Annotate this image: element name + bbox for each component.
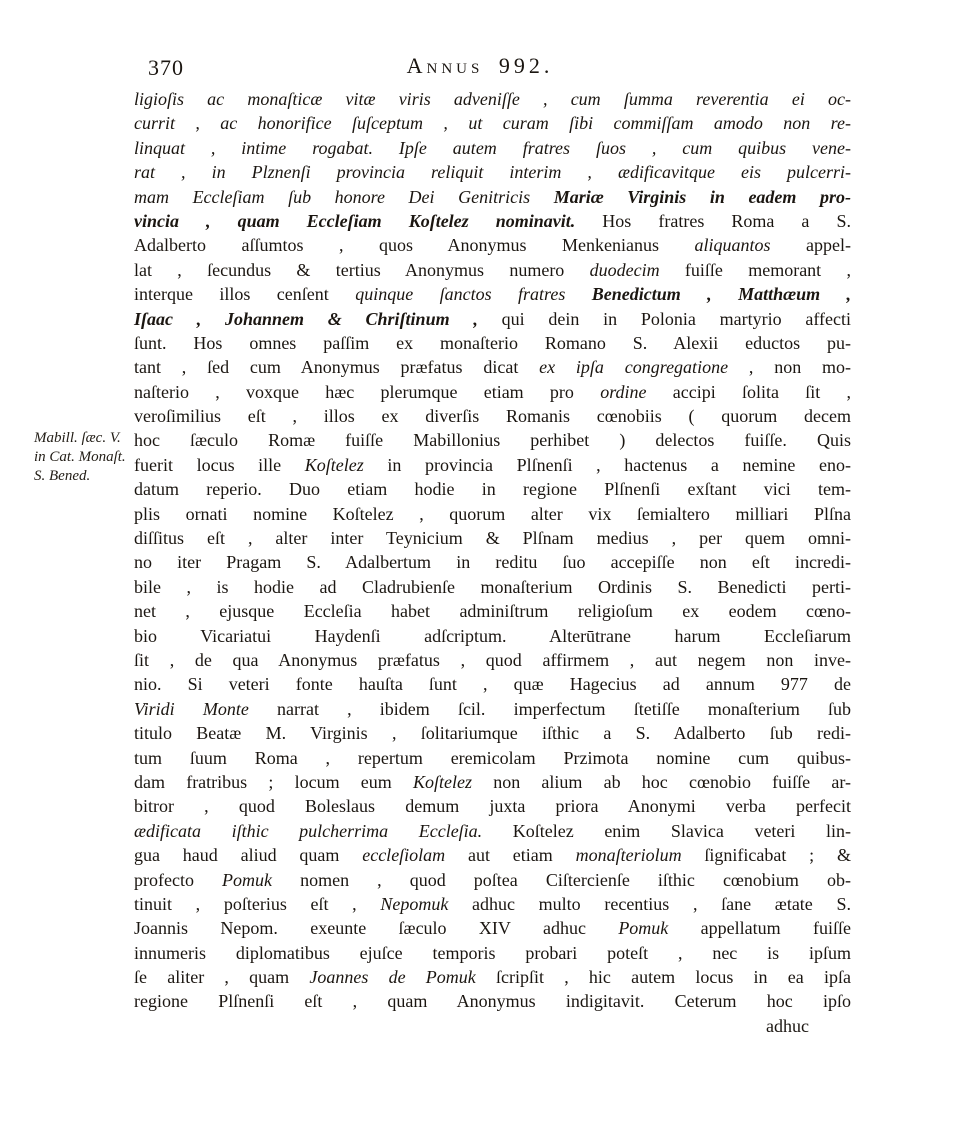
text-line: innumeris diplomatibus ejuſce temporis p… — [134, 941, 851, 965]
text-segment: currit , ac honorifice ſuſceptum , ut cu… — [134, 113, 851, 133]
text-line: gua haud aliud quam eccleſiolam aut etia… — [134, 843, 851, 867]
margin-note-line: in Cat. Monaſt. — [34, 448, 144, 467]
text-segment: tinuit , poſterius eſt , — [134, 894, 380, 914]
margin-note: Mabill. ſæc. V.in Cat. Monaſt.S. Bened. — [34, 429, 144, 486]
text-segment: bio Vicariatui Haydenſi adſcriptum. Alte… — [134, 626, 851, 646]
text-line: ligioſis ac monaſticæ vitæ viris adveniſ… — [134, 87, 851, 111]
text-segment: datum reperio. Duo etiam hodie in region… — [134, 479, 851, 499]
text-segment: ex ipſa congregatione — [539, 357, 728, 377]
text-segment: narrat , ibidem ſcil. imperfectum ſtetiſ… — [249, 699, 851, 719]
text-segment: ſe aliter , quam — [134, 967, 309, 987]
text-segment: vincia , quam Eccleſiam Koſtelez nominav… — [134, 211, 575, 231]
text-segment: ordine — [600, 382, 646, 402]
text-line: currit , ac honorifice ſuſceptum , ut cu… — [134, 111, 851, 135]
text-line: regione Plſnenſi eſt , quam Anonymus ind… — [134, 989, 851, 1013]
text-segment: diſſitus eſt , alter inter Teynicium & P… — [134, 528, 851, 548]
text-segment: net , ejusque Eccleſia habet adminiſtrum… — [134, 601, 851, 621]
text-segment: Viridi Monte — [134, 699, 249, 719]
text-segment: adhuc multo recentius , ſane ætate S. — [448, 894, 851, 914]
text-segment: rat , in Plznenſi provincia reliquit int… — [134, 162, 851, 182]
text-segment: tant , ſed cum Anonymus præfatus dicat — [134, 357, 539, 377]
text-line: ſunt. Hos omnes paſſim ex monaſterio Rom… — [134, 331, 851, 355]
text-segment: dam fratribus ; locum eum — [134, 772, 413, 792]
text-segment: naſterio , voxque hæc plerumque etiam pr… — [134, 382, 600, 402]
text-line: tant , ſed cum Anonymus præfatus dicat e… — [134, 355, 851, 379]
text-segment: lat , ſecundus & tertius Anonymus numero — [134, 260, 590, 280]
text-line: lat , ſecundus & tertius Anonymus numero… — [134, 258, 851, 282]
text-segment: interque illos cenſent — [134, 284, 355, 304]
text-segment: qui dein in Polonia martyrio affecti — [478, 309, 851, 329]
text-segment: ſcripſit , hic autem locus in ea ipſa — [476, 967, 851, 987]
text-segment: accipi ſolita ſit , — [647, 382, 851, 402]
text-segment: nomen , quod poſtea Ciſtercienſe iſthic … — [272, 870, 851, 890]
text-segment: titulo Beatæ M. Virginis , ſolitariumque… — [134, 723, 851, 743]
text-segment: Mariæ Virginis in eadem pro- — [554, 187, 851, 207]
text-segment: in provincia Plſnenſi , hactenus a nemin… — [364, 455, 851, 475]
text-line: Joannis Nepom. exeunte ſæculo XIV adhuc … — [134, 916, 851, 940]
book-page: 370 Annus 992. Mabill. ſæc. V.in Cat. Mo… — [0, 0, 960, 1125]
text-line: fuerit locus ille Koſtelez in provincia … — [134, 453, 851, 477]
text-line: bitror , quod Boleslaus demum juxta prio… — [134, 794, 851, 818]
text-line: vincia , quam Eccleſiam Koſtelez nominav… — [134, 209, 851, 233]
text-line: titulo Beatæ M. Virginis , ſolitariumque… — [134, 721, 851, 745]
text-line: Iſaac , Johannem & Chriſtinum , qui dein… — [134, 307, 851, 331]
text-line: ſe aliter , quam Joannes de Pomuk ſcripſ… — [134, 965, 851, 989]
text-line: net , ejusque Eccleſia habet adminiſtrum… — [134, 599, 851, 623]
catchword: adhuc — [766, 1016, 809, 1036]
text-segment: no iter Pragam S. Adalbertum in reditu ſ… — [134, 552, 851, 572]
text-line: mam Eccleſiam ſub honore Dei Genitricis … — [134, 185, 851, 209]
text-segment: monaſteriolum — [576, 845, 682, 865]
text-segment: eccleſiolam — [362, 845, 445, 865]
text-segment: Joannis Nepom. exeunte ſæculo XIV adhuc — [134, 918, 618, 938]
text-segment: Pomuk — [222, 870, 272, 890]
text-segment: Koſtelez — [413, 772, 472, 792]
text-line: Adalberto aſſumtos , quos Anonymus Menke… — [134, 233, 851, 257]
text-line: hoc ſæculo Romæ fuiſſe Mabillonius perhi… — [134, 428, 851, 452]
text-segment: Iſaac , Johannem & Chriſtinum , — [134, 309, 478, 329]
text-line: plis ornati nomine Koſtelez , quorum alt… — [134, 502, 851, 526]
text-segment: duodecim — [590, 260, 660, 280]
text-segment: hoc ſæculo Romæ fuiſſe Mabillonius perhi… — [134, 430, 851, 450]
text-line: linquat , intime rogabat. Ipſe autem fra… — [134, 136, 851, 160]
text-line: ædificata iſthic pulcherrima Eccleſia. K… — [134, 819, 851, 843]
text-segment: fuerit locus ille — [134, 455, 305, 475]
text-segment: Koſtelez — [305, 455, 364, 475]
text-segment: bile , is hodie ad Cladrubienſe monaſter… — [134, 577, 851, 597]
text-segment: appel- — [771, 235, 851, 255]
text-segment: bitror , quod Boleslaus demum juxta prio… — [134, 796, 851, 816]
text-segment: Hos fratres Roma a S. — [575, 211, 851, 231]
text-segment: Nepomuk — [380, 894, 448, 914]
text-segment: Koſtelez enim Slavica veteri lin- — [482, 821, 851, 841]
text-line: bile , is hodie ad Cladrubienſe monaſter… — [134, 575, 851, 599]
text-segment: aliquantos — [695, 235, 771, 255]
text-line: nio. Si veteri fonte hauſta ſunt , quæ H… — [134, 672, 851, 696]
text-segment: Pomuk — [618, 918, 668, 938]
text-segment: ſit , de qua Anonymus præfatus , quod af… — [134, 650, 851, 670]
text-segment: ſunt. Hos omnes paſſim ex monaſterio Rom… — [134, 333, 851, 353]
margin-note-line: S. Bened. — [34, 467, 144, 486]
text-segment: Joannes de Pomuk — [309, 967, 475, 987]
text-segment: regione Plſnenſi eſt , quam Anonymus ind… — [134, 991, 851, 1011]
text-segment: Benedictum , Matthæum , — [592, 284, 851, 304]
text-block: ligioſis ac monaſticæ vitæ viris adveniſ… — [134, 87, 851, 1038]
running-header: Annus 992. — [0, 53, 960, 79]
text-line: naſterio , voxque hæc plerumque etiam pr… — [134, 380, 851, 404]
text-segment: veroſimilius eſt , illos ex diverſis Rom… — [134, 406, 851, 426]
text-line: bio Vicariatui Haydenſi adſcriptum. Alte… — [134, 624, 851, 648]
text-line: veroſimilius eſt , illos ex diverſis Rom… — [134, 404, 851, 428]
text-segment: ædificata iſthic pulcherrima Eccleſia. — [134, 821, 482, 841]
text-segment: aut etiam — [445, 845, 575, 865]
text-line: profecto Pomuk nomen , quod poſtea Ciſte… — [134, 868, 851, 892]
text-segment: plis ornati nomine Koſtelez , quorum alt… — [134, 504, 851, 524]
text-segment: tum ſuum Roma , repertum eremicolam Przi… — [134, 748, 851, 768]
text-line: rat , in Plznenſi provincia reliquit int… — [134, 160, 851, 184]
text-segment: innumeris diplomatibus ejuſce temporis p… — [134, 943, 851, 963]
text-segment: nio. Si veteri fonte hauſta ſunt , quæ H… — [134, 674, 851, 694]
text-line: no iter Pragam S. Adalbertum in reditu ſ… — [134, 550, 851, 574]
text-segment: appellatum fuiſſe — [668, 918, 851, 938]
text-line: ſit , de qua Anonymus præfatus , quod af… — [134, 648, 851, 672]
margin-note-line: Mabill. ſæc. V. — [34, 429, 144, 448]
text-segment: linquat , intime rogabat. Ipſe autem fra… — [134, 138, 851, 158]
text-segment: ſignificabat ; & — [682, 845, 851, 865]
text-line: interque illos cenſent quinque ſanctos f… — [134, 282, 851, 306]
text-line: datum reperio. Duo etiam hodie in region… — [134, 477, 851, 501]
text-segment: gua haud aliud quam — [134, 845, 362, 865]
text-segment: fuiſſe memorant , — [660, 260, 851, 280]
text-line: dam fratribus ; locum eum Koſtelez non a… — [134, 770, 851, 794]
text-line: tinuit , poſterius eſt , Nepomuk adhuc m… — [134, 892, 851, 916]
text-segment: mam Eccleſiam ſub honore Dei Genitricis — [134, 187, 554, 207]
text-segment: profecto — [134, 870, 222, 890]
text-segment: , non mo- — [728, 357, 851, 377]
text-segment: non alium ab hoc cœnobio fuiſſe ar- — [472, 772, 851, 792]
text-segment: Adalberto aſſumtos , quos Anonymus Menke… — [134, 235, 695, 255]
text-line: Viridi Monte narrat , ibidem ſcil. imper… — [134, 697, 851, 721]
text-segment: quinque ſanctos fratres — [355, 284, 592, 304]
text-segment: ligioſis ac monaſticæ vitæ viris adveniſ… — [134, 89, 851, 109]
text-line: tum ſuum Roma , repertum eremicolam Przi… — [134, 746, 851, 770]
text-line: diſſitus eſt , alter inter Teynicium & P… — [134, 526, 851, 550]
